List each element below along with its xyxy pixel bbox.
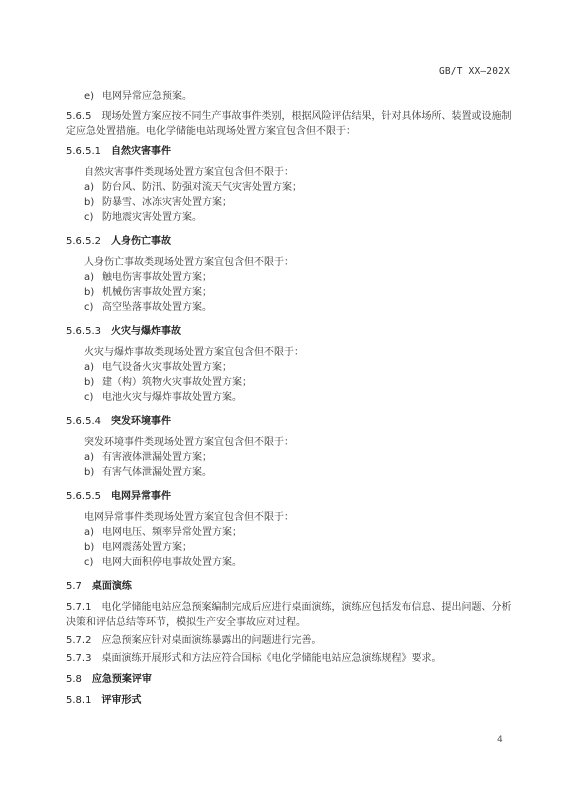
section-number: 5.6.5.5	[66, 490, 101, 504]
clause-text: 电化学储能电站应急预案编制完成后应进行桌面演练，演练应包括发布信息、提出问题、分…	[101, 602, 511, 613]
section-intro: 电网异常事件类现场处置方案宜包含但不限于：	[84, 511, 534, 525]
list-marker: c)	[84, 211, 102, 225]
list-item: a)触电伤害事故处置方案；	[84, 271, 534, 285]
list-item-text: 电池火灾与爆炸事故处置方案。	[102, 392, 242, 403]
section-number: 5.6.5.2	[66, 235, 101, 249]
section-number: 5.6.5.1	[66, 145, 101, 159]
list-item: c)高空坠落事故处置方案。	[84, 301, 534, 315]
list-item-text: 建（构）筑物火灾事故处置方案；	[102, 377, 252, 388]
list-item-text: 电网电压、频率异常处置方案；	[102, 527, 242, 538]
clause-text: 应急预案应针对桌面演练暴露出的问题进行完善。	[101, 635, 321, 646]
section-heading-5-8: 5.8应急预案评审	[66, 673, 516, 687]
list-marker: a)	[84, 361, 102, 375]
section-heading-5-8-1: 5.8.1评审形式	[66, 694, 516, 708]
list-item-text: 有害气体泄漏处置方案。	[102, 467, 212, 478]
section-heading-5-6-5-2: 5.6.5.2人身伤亡事故	[66, 235, 516, 249]
list-item: a)电气设备火灾事故处置方案；	[84, 361, 534, 375]
list-item-text: 防暴雪、冰冻灾害处置方案；	[102, 197, 232, 208]
section-intro: 自然灾害事件类现场处置方案宜包含但不限于：	[84, 166, 534, 180]
clause-number: 5.7.3	[66, 652, 91, 666]
list-item-text: 防地震灾害处置方案。	[102, 212, 202, 223]
section-heading-5-7: 5.7桌面演练	[66, 580, 516, 594]
list-item: a)防台风、防汛、防强对流天气灾害处置方案；	[84, 181, 534, 195]
list-item-text: 电网震荡处置方案；	[102, 542, 192, 553]
list-item-text: 防台风、防汛、防强对流天气灾害处置方案；	[102, 182, 302, 193]
clause-text: 桌面演练开展形式和方法应符合国标《电化学储能电站应急演练规程》要求。	[101, 653, 441, 664]
list-item: c)防地震灾害处置方案。	[84, 211, 534, 225]
list-item: b)电网震荡处置方案；	[84, 541, 534, 555]
section-title: 桌面演练	[92, 581, 132, 592]
document-code-header: GB/T XX—202X	[439, 66, 510, 77]
list-marker: c)	[84, 391, 102, 405]
section-heading-5-6-5-4: 5.6.5.4突发环境事件	[66, 415, 516, 429]
list-item-text: 电网异常应急预案。	[102, 91, 192, 102]
section-title: 自然灾害事件	[111, 146, 171, 157]
list-marker: a)	[84, 526, 102, 540]
clause-5-6-5-line1: 5.6.5现场处置方案应按不同生产事故事件类别，根据风险评估结果，针对具体场所、…	[66, 110, 516, 124]
list-item: b)有害气体泄漏处置方案。	[84, 466, 534, 480]
clause-5-6-5-line2: 定应急处置措施。电化学储能电站现场处置方案宜包含但不限于：	[66, 125, 516, 139]
section-heading-5-6-5-1: 5.6.5.1自然灾害事件	[66, 145, 516, 159]
section-title: 人身伤亡事故	[111, 236, 171, 247]
list-item: a)电网电压、频率异常处置方案；	[84, 526, 534, 540]
section-intro: 突发环境事件类现场处置方案宜包含但不限于：	[84, 436, 534, 450]
section-title: 应急预案评审	[92, 674, 152, 685]
list-marker: a)	[84, 271, 102, 285]
clause-5-7-1-line2: 决策和评估总结等环节，模拟生产安全事故应对过程。	[66, 616, 516, 630]
section-number: 5.8.1	[66, 694, 91, 708]
page-number: 4	[497, 735, 503, 745]
list-marker: b)	[84, 196, 102, 210]
section-heading-5-6-5-5: 5.6.5.5电网异常事件	[66, 490, 516, 504]
document-page: GB/T XX—202X e)电网异常应急预案。 5.6.5现场处置方案应按不同…	[0, 0, 565, 800]
section-number: 5.8	[66, 673, 82, 687]
section-number: 5.7	[66, 580, 82, 594]
list-item-text: 高空坠落事故处置方案。	[102, 302, 212, 313]
list-marker: c)	[84, 556, 102, 570]
clause-5-7-2: 5.7.2应急预案应针对桌面演练暴露出的问题进行完善。	[66, 634, 516, 648]
list-item: a)有害液体泄漏处置方案；	[84, 451, 534, 465]
section-title: 评审形式	[101, 695, 141, 706]
section-intro: 人身伤亡事故类现场处置方案宜包含但不限于：	[84, 256, 534, 270]
list-item: c)电网大面积停电事故处置方案。	[84, 556, 534, 570]
list-item-text: 有害液体泄漏处置方案；	[102, 452, 212, 463]
section-number: 5.6.5.4	[66, 415, 101, 429]
list-marker: b)	[84, 541, 102, 555]
clause-5-7-1-line1: 5.7.1电化学储能电站应急预案编制完成后应进行桌面演练，演练应包括发布信息、提…	[66, 601, 516, 615]
list-marker: e)	[84, 90, 102, 104]
list-marker: b)	[84, 376, 102, 390]
list-item-text: 触电伤害事故处置方案；	[102, 272, 212, 283]
list-item: b)建（构）筑物火灾事故处置方案；	[84, 376, 534, 390]
section-title: 突发环境事件	[111, 416, 171, 427]
section-intro: 火灾与爆炸事故类现场处置方案宜包含但不限于：	[84, 346, 534, 360]
clause-number: 5.7.1	[66, 601, 91, 615]
clause-text: 现场处置方案应按不同生产事故事件类别，根据风险评估结果，针对具体场所、装置或设施…	[101, 111, 511, 122]
list-item: c)电池火灾与爆炸事故处置方案。	[84, 391, 534, 405]
section-title: 电网异常事件	[111, 491, 171, 502]
clause-number: 5.6.5	[66, 110, 91, 124]
list-item-text: 电气设备火灾事故处置方案；	[102, 362, 232, 373]
section-heading-5-6-5-3: 5.6.5.3火灾与爆炸事故	[66, 325, 516, 339]
clause-5-7-3: 5.7.3桌面演练开展形式和方法应符合国标《电化学储能电站应急演练规程》要求。	[66, 652, 516, 666]
list-item: e)电网异常应急预案。	[84, 90, 534, 104]
list-item-text: 机械伤害事故处置方案；	[102, 287, 212, 298]
list-marker: b)	[84, 286, 102, 300]
section-title: 火灾与爆炸事故	[111, 326, 181, 337]
list-item: b)防暴雪、冰冻灾害处置方案；	[84, 196, 534, 210]
section-number: 5.6.5.3	[66, 325, 101, 339]
list-marker: a)	[84, 451, 102, 465]
list-marker: a)	[84, 181, 102, 195]
list-marker: b)	[84, 466, 102, 480]
list-item: b)机械伤害事故处置方案；	[84, 286, 534, 300]
clause-number: 5.7.2	[66, 634, 91, 648]
list-item-text: 电网大面积停电事故处置方案。	[102, 557, 242, 568]
list-marker: c)	[84, 301, 102, 315]
